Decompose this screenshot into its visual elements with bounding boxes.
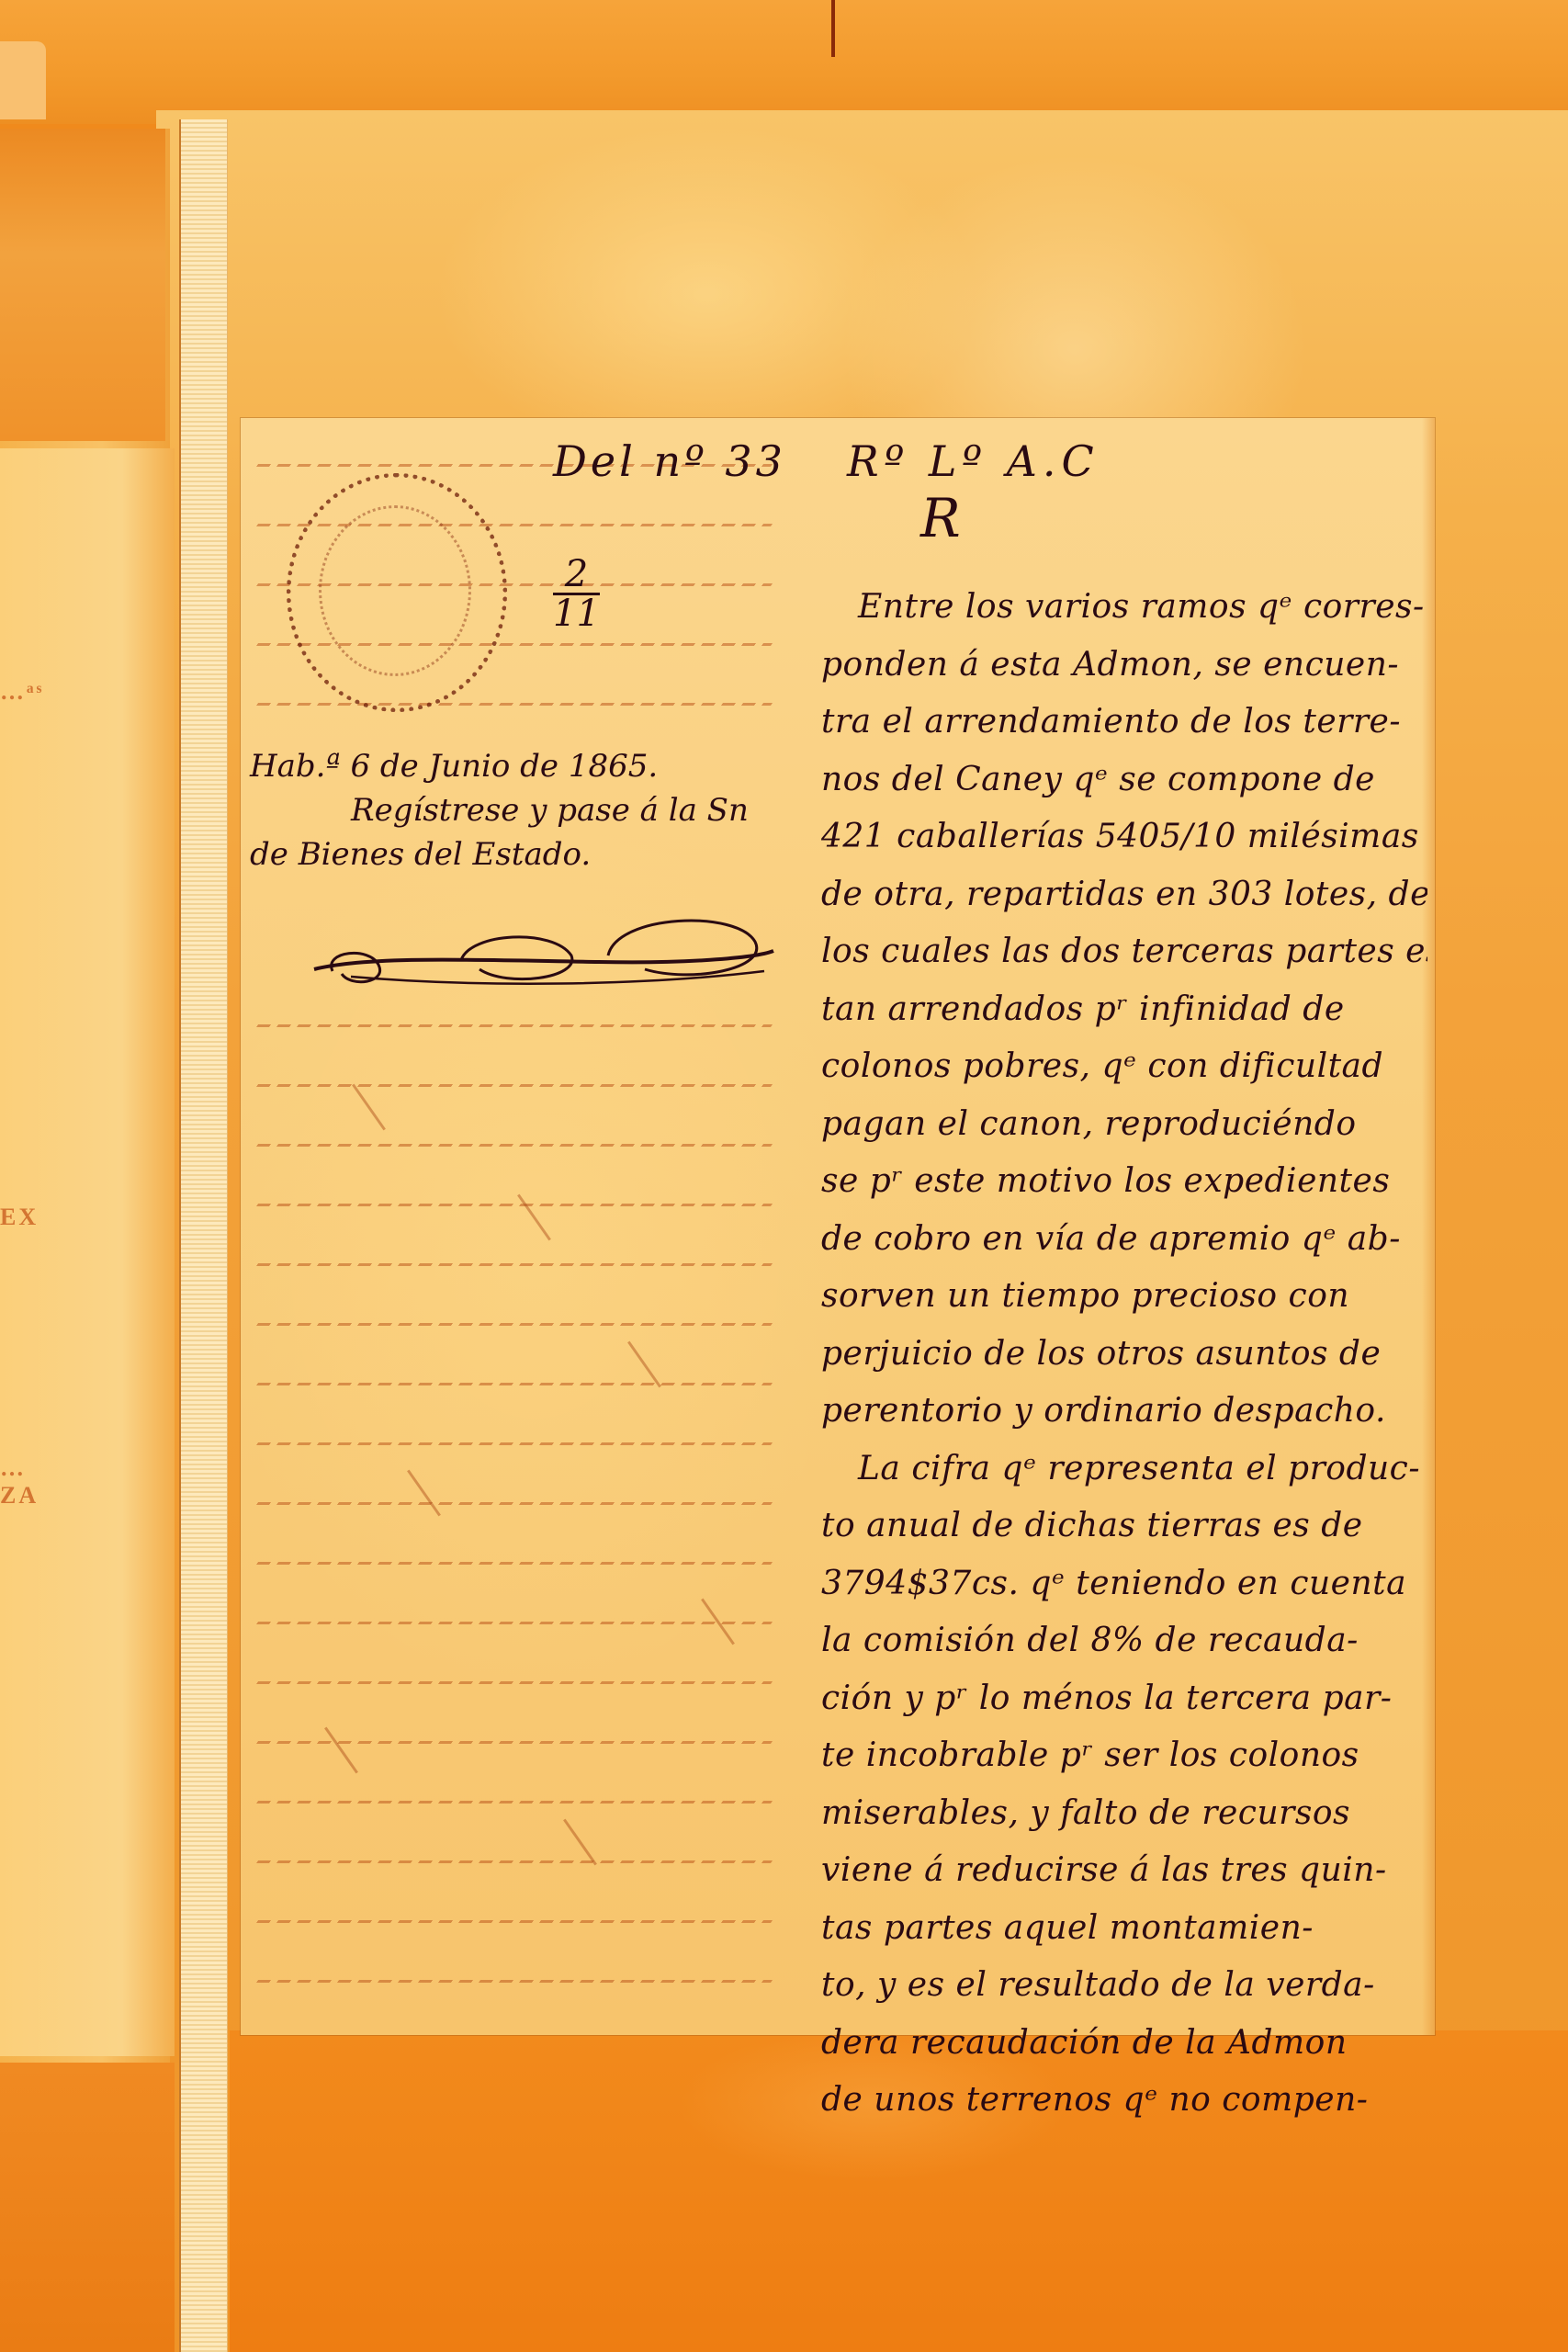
body-line: de otra, repartidas en 303 lotes, de <box>821 866 1427 924</box>
signature-rubric <box>296 905 792 997</box>
body-line: viene á reducirse á las tres quin- <box>821 1842 1427 1900</box>
top-backing-strip <box>0 0 1568 124</box>
body-line: miserables, y falto de recursos <box>821 1785 1427 1843</box>
signature-flourish-icon <box>296 905 792 997</box>
left-page-bottom <box>0 2063 175 2352</box>
body-line: 421 caballerías 5405/10 milésimas <box>821 808 1427 866</box>
registration-mark <box>831 0 835 57</box>
body-line: La cifra qᵉ representa el produc- <box>821 1441 1427 1498</box>
left-page-print-mark: …ᵃˢ <box>0 678 44 706</box>
body-line: tas partes aquel montamien- <box>821 1900 1427 1958</box>
file-reference-suffix: Rº Lº A.C <box>847 436 1100 486</box>
body-line: perentorio y ordinario despacho. <box>821 1383 1427 1441</box>
body-line: te incobrable pʳ ser los colonos <box>821 1727 1427 1785</box>
body-line: tan arrendados pʳ infinidad de <box>821 981 1427 1039</box>
left-page-body: …ᵃˢ EX … ZA <box>0 448 175 2056</box>
body-line: to anual de dichas tierras es de <box>821 1498 1427 1555</box>
decree-line: Hab.ª 6 de Junio de 1865. <box>250 744 792 788</box>
body-line: 3794$37cs. qᵉ teniendo en cuenta <box>821 1555 1427 1613</box>
document-photo: …ᵃˢ EX … ZA <box>0 0 1568 2352</box>
body-line: nos del Caney qᵉ se compone de <box>821 752 1427 809</box>
body-line: se pʳ este motivo los expedientes <box>821 1153 1427 1211</box>
body-line: de cobro en vía de apremio qᵉ ab- <box>821 1211 1427 1269</box>
left-page-top-section <box>0 129 165 441</box>
body-line: Entre los varios ramos qᵉ corres- <box>821 579 1427 637</box>
seal-inner-ring <box>319 505 471 676</box>
left-page-print-mark: … <box>0 1454 27 1482</box>
manuscript-sheet: Del nº 33 Rº Lº A.C R 2 11 Hab.ª 6 de Ju… <box>241 418 1435 2035</box>
body-line: perjuicio de los otros asuntos de <box>821 1326 1427 1384</box>
body-line: dera recaudación de la Admon <box>821 2015 1427 2073</box>
body-line: de unos terrenos qᵉ no compen- <box>821 2072 1427 2130</box>
body-line: ción y pʳ lo ménos la tercera par- <box>821 1670 1427 1728</box>
header-initial: R <box>920 487 961 549</box>
body-line: tra el arrendamiento de los terre- <box>821 694 1427 752</box>
body-line: pagan el canon, reproduciéndo <box>821 1096 1427 1154</box>
oval-seal-stamp <box>287 473 507 712</box>
top-left-tab <box>0 41 46 119</box>
decree-line: de Bienes del Estado. <box>250 832 792 876</box>
body-line: los cuales las dos terceras partes es- <box>821 923 1427 981</box>
marginal-decree: Hab.ª 6 de Junio de 1865. Regístrese y p… <box>250 744 792 876</box>
body-line: sorven un tiempo precioso con <box>821 1268 1427 1326</box>
left-page-print-mark: EX <box>0 1204 39 1231</box>
folio-number: 2 11 <box>553 556 600 632</box>
file-reference: Del nº 33 <box>553 436 786 486</box>
folio-top: 2 <box>553 556 600 595</box>
left-page-print-mark: ZA <box>0 1482 39 1510</box>
binding-spine <box>179 119 228 2352</box>
letter-body: Entre los varios ramos qᵉ corres- ponden… <box>821 579 1427 2130</box>
body-line: ponden á esta Admon, se encuen- <box>821 637 1427 695</box>
body-line: la comisión del 8% de recauda- <box>821 1612 1427 1670</box>
body-line: to, y es el resultado de la verda- <box>821 1957 1427 2015</box>
folio-bottom: 11 <box>553 595 600 632</box>
decree-line: Regístrese y pase á la Sn <box>250 788 792 832</box>
body-line: colonos pobres, qᵉ con dificultad <box>821 1038 1427 1096</box>
